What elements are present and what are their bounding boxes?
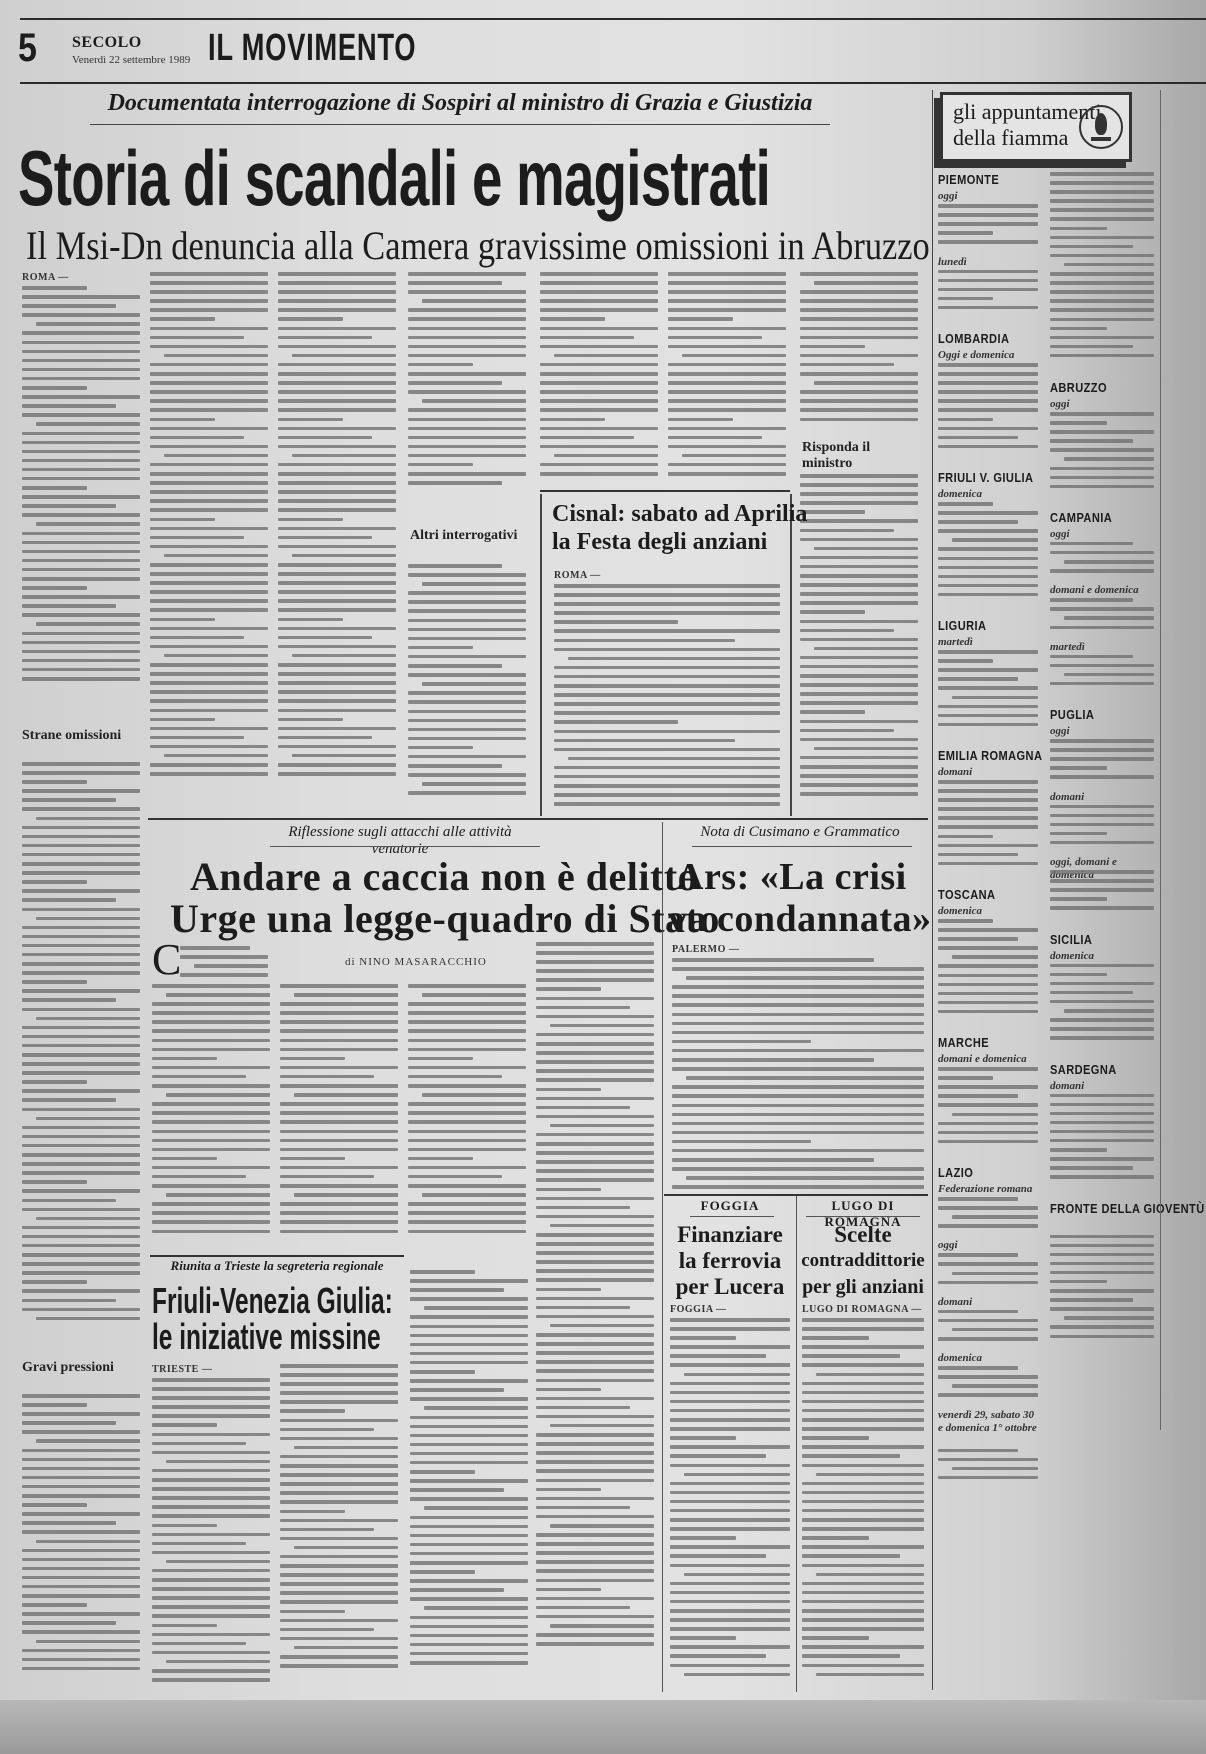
body-text-line [152, 1533, 270, 1537]
body-text-line [800, 290, 918, 294]
body-text-line [22, 432, 140, 436]
body-text-line [800, 601, 918, 605]
body-text-line [22, 971, 140, 975]
sidebar-event-text [1050, 805, 1154, 851]
body-text-line [36, 522, 140, 526]
body-text-line [938, 835, 993, 839]
lead-column-4 [408, 272, 526, 502]
body-text-line [536, 1178, 654, 1182]
body-text-line [410, 1470, 475, 1474]
body-text-line [278, 563, 396, 567]
body-text-line [938, 575, 1038, 579]
body-text-line [278, 645, 396, 649]
body-text-line [536, 960, 654, 964]
body-text-line [672, 1094, 924, 1098]
body-text-line [408, 363, 473, 367]
body-text-line [22, 595, 140, 599]
body-text-line [150, 636, 244, 640]
body-text-line [802, 1554, 900, 1558]
body-text-line [22, 1449, 140, 1453]
body-text-line [22, 1144, 140, 1148]
body-text-line [1050, 1262, 1154, 1266]
body-text-line [408, 1075, 502, 1079]
sidebar-day-label: domenica [938, 1352, 1038, 1365]
body-text-line [672, 1058, 874, 1062]
friuli-top-rule [150, 1255, 404, 1257]
body-text-line [278, 745, 396, 749]
body-text-line [672, 967, 924, 971]
body-text-line [166, 993, 270, 997]
body-text-line [280, 1537, 398, 1541]
body-text-line [22, 771, 140, 775]
body-text-line [554, 593, 780, 597]
body-text-line [938, 511, 1038, 515]
body-text-line [22, 568, 140, 572]
lugo-body: LUGO DI ROMAGNA — [802, 1304, 924, 1694]
body-text-line [22, 780, 87, 784]
friuli-column-2 [280, 1364, 398, 1694]
body-text-line [410, 1352, 528, 1356]
body-text-line [408, 354, 526, 358]
body-text-line [278, 490, 396, 494]
body-text-line [150, 408, 268, 412]
body-text-line [800, 792, 918, 796]
body-text-line [408, 1202, 526, 1206]
body-text-line [938, 436, 1018, 440]
body-text-line [938, 937, 1018, 941]
body-text-line [536, 1215, 654, 1219]
body-text-line [536, 1342, 654, 1346]
body-text-line [802, 1464, 924, 1468]
body-text-line [152, 1596, 270, 1600]
dateline: TRIESTE — [152, 1364, 270, 1375]
sidebar-event-text [1050, 739, 1154, 785]
body-text-line [938, 390, 1038, 394]
body-text-line [22, 835, 140, 839]
body-text-line [540, 427, 658, 431]
body-text-line [802, 1400, 924, 1404]
body-text-line [410, 1497, 528, 1501]
body-text-line [280, 1491, 398, 1495]
body-text-line [550, 1624, 654, 1628]
body-text-line [152, 1487, 270, 1491]
lugo-kicker-rule [806, 1216, 920, 1217]
body-text-line [670, 1318, 790, 1322]
body-text-line [1050, 1018, 1154, 1022]
body-text-line [800, 756, 918, 760]
lead-column-1: ROMA — [22, 272, 140, 682]
sidebar-day-label: martedì [1050, 641, 1154, 654]
body-text-line [554, 666, 780, 670]
body-text-line [150, 527, 268, 531]
body-text-line [802, 1664, 924, 1668]
body-text-line [410, 1425, 528, 1429]
body-text-line [408, 1057, 473, 1061]
body-text-line [22, 1394, 140, 1398]
body-text-line [668, 345, 786, 349]
body-text-line [408, 308, 526, 312]
body-text-line [150, 436, 244, 440]
body-text-line [938, 547, 1038, 551]
body-text-line [938, 566, 1038, 570]
body-text-line [938, 677, 1018, 681]
body-text-line [1064, 263, 1154, 267]
body-text-line [816, 1573, 924, 1577]
body-text-line [802, 1382, 924, 1386]
body-text-line [410, 1434, 528, 1438]
body-text-line [1050, 476, 1154, 480]
body-text-line [152, 1578, 270, 1582]
body-text-line [410, 1297, 528, 1301]
body-text-line [36, 622, 140, 626]
body-text-line [280, 1428, 374, 1432]
body-text-line [1050, 1130, 1154, 1134]
body-text-line [550, 1424, 654, 1428]
body-text-line [938, 279, 1038, 283]
body-text-line [280, 1419, 398, 1423]
ars-headline-2: va condannata» [668, 898, 932, 940]
body-text-line [22, 1053, 140, 1057]
body-text-line [408, 591, 526, 595]
sidebar-event-text [1050, 964, 1154, 1046]
body-text-line [536, 1097, 654, 1101]
sidebar-event-text [1050, 172, 1154, 362]
body-text-line [802, 1591, 924, 1595]
body-text-line [280, 1455, 398, 1459]
sidebar-event-text [938, 1310, 1038, 1346]
body-text-line [672, 1031, 924, 1035]
body-text-line [670, 1445, 790, 1449]
body-text-line [152, 1378, 270, 1382]
body-text-line [408, 737, 526, 741]
body-text-line [672, 1085, 924, 1089]
body-text-line [22, 295, 140, 299]
body-text-line [408, 1011, 526, 1015]
body-text-line [1050, 542, 1133, 546]
body-text-line [410, 1479, 528, 1483]
body-text-line [150, 690, 268, 694]
body-text-line [152, 1148, 270, 1152]
body-text-line [278, 636, 372, 640]
body-text-line [672, 994, 924, 998]
body-text-line [802, 1545, 924, 1549]
body-text-line [152, 1651, 270, 1655]
body-text-line [152, 1387, 270, 1391]
body-text-line [1050, 181, 1154, 185]
body-text-line [670, 1654, 766, 1658]
cisnal-body: ROMA — [554, 570, 780, 810]
lead-column-2 [150, 272, 268, 812]
body-text-line [670, 1400, 790, 1404]
body-text-line [22, 632, 140, 636]
body-text-line [800, 354, 918, 358]
body-text-line [278, 427, 396, 431]
body-text-line [410, 1416, 528, 1420]
body-text-line [150, 272, 268, 276]
body-text-line [280, 1610, 345, 1614]
body-text-line [670, 1427, 790, 1431]
body-text-line [164, 754, 268, 758]
body-text-line [536, 1069, 654, 1073]
body-text-line [800, 692, 918, 696]
body-text-line [422, 1193, 526, 1197]
body-text-line [938, 844, 1038, 848]
body-text-line [280, 1057, 345, 1061]
body-text-line [540, 308, 658, 312]
hunting-byline: di NINO MASARACCHIO [345, 956, 487, 968]
body-text-line [22, 604, 116, 608]
body-text-line [938, 816, 1038, 820]
body-text-line [22, 450, 140, 454]
sidebar-day-label: martedì [938, 636, 1038, 649]
body-text-line [670, 1564, 790, 1568]
body-text-line [278, 709, 396, 713]
body-text-line [408, 463, 473, 467]
body-text-line [938, 222, 1038, 226]
body-text-line [280, 1139, 398, 1143]
body-text-line [408, 1048, 526, 1052]
body-text-line [22, 1135, 140, 1139]
body-text-line [22, 1530, 140, 1534]
body-text-line [938, 919, 993, 923]
body-text-line [952, 538, 1038, 542]
foggia-headline-2: la ferrovia [668, 1248, 792, 1274]
body-text-line [278, 463, 396, 467]
body-text-line [408, 564, 502, 568]
body-text-line [278, 672, 396, 676]
sidebar-event-text [1050, 542, 1154, 578]
body-text-line [550, 1124, 654, 1128]
body-text-line [22, 495, 140, 499]
body-text-line [1050, 973, 1107, 977]
body-text-line [278, 581, 396, 585]
body-text-line [938, 1140, 1038, 1144]
body-text-line [408, 1220, 526, 1224]
body-text-line [22, 962, 140, 966]
body-text-line [22, 313, 140, 317]
sidebar-region-heading: CAMPANIA [1050, 510, 1112, 525]
friuli-headline-1: Friuli-Venezia Giulia: [152, 1282, 393, 1320]
body-text-line [802, 1409, 924, 1413]
body-text-line [554, 748, 780, 752]
body-text-line [1050, 1036, 1154, 1040]
body-text-line [1050, 991, 1133, 995]
body-text-line [292, 454, 396, 458]
body-text-line [536, 1460, 654, 1464]
body-text-line [152, 1157, 217, 1161]
page-bottom-shadow [0, 1700, 1206, 1754]
body-text-line [410, 1597, 528, 1601]
body-text-line [280, 1175, 374, 1179]
body-text-line [1050, 1103, 1154, 1107]
body-text-line [814, 647, 918, 651]
body-text-line [568, 757, 780, 761]
body-text-line [150, 390, 268, 394]
body-text-line [554, 648, 780, 652]
body-text-line [180, 955, 268, 959]
body-text-line [938, 1310, 1018, 1314]
body-text-line [938, 240, 1038, 244]
body-text-line [536, 1551, 654, 1555]
body-text-line [536, 1033, 654, 1037]
body-text-line [22, 1421, 116, 1425]
body-text-line [1050, 1139, 1154, 1143]
body-text-line [22, 862, 140, 866]
body-text-line [1050, 879, 1154, 883]
body-text-line [938, 399, 1038, 403]
body-text-line [536, 1542, 654, 1546]
body-text-line [22, 1603, 87, 1607]
body-text-line [152, 1011, 270, 1015]
sidebar-day-label: domani [1050, 791, 1154, 804]
body-text-line [22, 404, 116, 408]
body-text-line [668, 408, 786, 412]
body-text-line [36, 1439, 140, 1443]
body-text-line [802, 1418, 924, 1422]
body-text-line [800, 620, 918, 624]
body-text-line [22, 1253, 140, 1257]
body-text-line [280, 1020, 398, 1024]
body-text-line [280, 1002, 398, 1006]
body-text-line [410, 1652, 528, 1656]
body-text-line [800, 519, 918, 523]
body-text-line [408, 1039, 526, 1043]
body-text-line [152, 1075, 246, 1079]
body-text-line [152, 1002, 270, 1006]
body-text-line [150, 281, 268, 285]
ars-overline-rule [692, 846, 912, 847]
body-text-line [22, 677, 140, 681]
sidebar-region-heading: MARCHE [938, 1035, 989, 1050]
body-text-line [554, 793, 780, 797]
body-text-line [150, 290, 268, 294]
body-text-line [554, 629, 780, 633]
kicker-rule [90, 124, 830, 125]
body-text-line [1050, 832, 1107, 836]
body-text-line [410, 1661, 528, 1665]
body-text-line [938, 363, 1038, 367]
body-text-line [672, 1040, 811, 1044]
body-text-line [554, 784, 780, 788]
body-text-line [410, 1279, 528, 1283]
body-text-line [672, 1067, 924, 1071]
body-text-line [800, 363, 894, 367]
body-text-line [278, 718, 343, 722]
body-text-line [166, 1560, 270, 1564]
body-text-line [938, 780, 1038, 784]
body-text-line [408, 1066, 526, 1070]
body-text-line [800, 592, 918, 596]
body-text-line [22, 1549, 140, 1553]
body-text-line [278, 599, 396, 603]
body-text-line [408, 1102, 526, 1106]
sidebar-day-label: oggi [938, 1239, 1038, 1252]
body-text-line [294, 1546, 398, 1550]
body-text-line [938, 1001, 1038, 1005]
body-text-line [22, 880, 87, 884]
body-text-line [536, 1233, 654, 1237]
body-text-line [536, 1406, 630, 1410]
body-text-line [278, 608, 396, 612]
sidebar-event-text [1050, 1094, 1154, 1185]
body-text-line [22, 807, 140, 811]
body-text-line [800, 317, 918, 321]
body-text-line [410, 1516, 528, 1520]
body-text-line [22, 1630, 140, 1634]
foggia-kicker-rule [690, 1216, 774, 1217]
body-text-line [684, 1373, 790, 1377]
body-text-line [152, 1066, 270, 1070]
body-text-line [668, 445, 786, 449]
body-text-line [22, 386, 87, 390]
body-text-line [408, 764, 502, 768]
body-text-line [152, 1642, 246, 1646]
body-text-line [802, 1618, 924, 1622]
sidebar-day-label: Oggi e domenica [938, 349, 1038, 362]
sidebar-day-label: domani e domenica [938, 1053, 1038, 1066]
body-text-line [22, 1044, 140, 1048]
body-text-line [938, 1458, 1038, 1462]
body-text-line [152, 1469, 270, 1473]
body-text-line [36, 1317, 140, 1321]
body-text-line [1050, 421, 1107, 425]
body-text-line [150, 499, 268, 503]
body-text-line [800, 299, 918, 303]
body-text-line [166, 1093, 270, 1097]
body-text-line [22, 1612, 140, 1616]
body-text-line [36, 1217, 140, 1221]
body-text-line [536, 978, 654, 982]
body-text-line [280, 1391, 398, 1395]
body-text-line [800, 538, 918, 542]
body-text-line [938, 650, 1038, 654]
body-text-line [536, 1633, 654, 1637]
body-text-line [22, 1521, 116, 1525]
body-text-line [152, 1230, 270, 1234]
body-text-line [802, 1645, 924, 1649]
body-text-line [22, 1658, 140, 1662]
body-text-line [668, 272, 786, 276]
body-text-line [536, 1151, 654, 1155]
body-text-line [408, 1157, 473, 1161]
body-text-line [1064, 673, 1154, 677]
body-text-line [554, 720, 678, 724]
body-text-line [22, 1467, 140, 1471]
body-text-line [938, 862, 1038, 866]
body-text-line [150, 381, 268, 385]
body-text-line [938, 1197, 1018, 1201]
body-text-line [408, 317, 526, 321]
body-text-line [36, 1540, 140, 1544]
body-text-line [150, 563, 268, 567]
body-text-line [408, 1120, 526, 1124]
body-text-line [22, 513, 140, 517]
hunting-column-2 [280, 984, 398, 1252]
body-text-line [150, 608, 268, 612]
body-text-line [1050, 897, 1107, 901]
body-text-line [800, 529, 894, 533]
body-text-line [22, 641, 140, 645]
body-text-line [672, 1131, 924, 1135]
body-text-line [1050, 281, 1154, 285]
body-text-line [1050, 766, 1107, 770]
body-text-line [536, 1042, 654, 1046]
body-text-line [536, 1397, 654, 1401]
body-text-line [36, 1017, 140, 1021]
body-text-line [150, 581, 268, 585]
body-text-line [150, 536, 244, 540]
hunting-dropcap: C [152, 938, 181, 982]
